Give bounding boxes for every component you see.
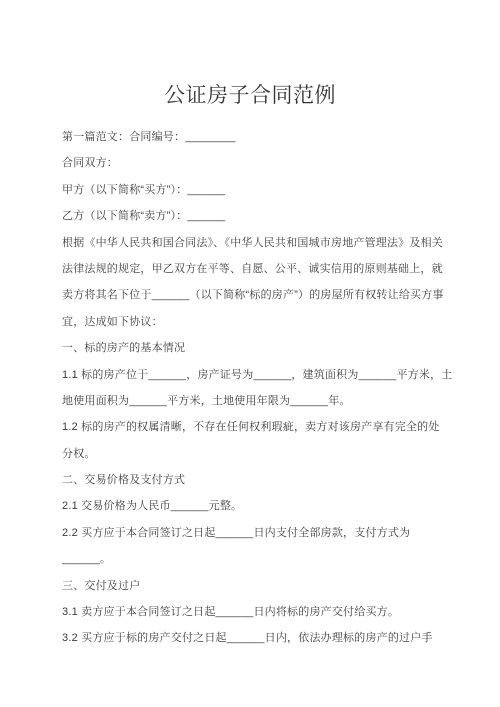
preamble-line-1: 根据《中华人民共和国合同法》、《中华人民共和国城市房地产管理法》及相关 (62, 230, 442, 256)
preamble-line-4: 宜，达成如下协议： (62, 309, 442, 335)
party-a-line: 甲方（以下简称“买方”）：______ (62, 177, 442, 203)
contract-document-page: 公证房子合同范例 第一篇范文：合同编号：________ 合同双方： 甲方（以下… (0, 0, 500, 707)
clause-3-2-line: 3.2 买方应于标的房产交付之日起______日内，依法办理标的房产的过户手 (62, 625, 442, 651)
preamble-line-2: 法律法规的规定，甲乙双方在平等、自愿、公平、诚实信用的原则基础上，就 (62, 256, 442, 282)
section-2-heading: 二、交易价格及支付方式 (62, 467, 442, 493)
clause-2-1-line: 2.1 交易价格为人民币______元整。 (62, 493, 442, 519)
clause-1-1-line-2: 地使用面积为______平方米，土地使用年限为______年。 (62, 388, 442, 414)
clause-2-2-line-1: 2.2 买方应于本合同签订之日起______日内支付全部房款，支付方式为 (62, 520, 442, 546)
clause-2-2-line-2: ______。 (62, 546, 442, 572)
clause-1-1-line-1: 1.1 标的房产位于______，房产证号为______，建筑面积为______… (62, 362, 442, 388)
section-1-heading: 一、标的房产的基本情况 (62, 335, 442, 361)
document-title: 公证房子合同范例 (0, 84, 500, 108)
party-b-line: 乙方（以下简称“卖方”）：______ (62, 203, 442, 229)
clause-1-2-line-1: 1.2 标的房产的权属清晰，不存在任何权利瑕疵，卖方对该房产享有完全的处 (62, 414, 442, 440)
contract-number-line: 第一篇范文：合同编号：________ (62, 124, 442, 150)
clause-1-2-line-2: 分权。 (62, 441, 442, 467)
document-body: 第一篇范文：合同编号：________ 合同双方： 甲方（以下简称“买方”）：_… (62, 124, 442, 652)
clause-3-1-line: 3.1 卖方应于本合同签订之日起______日内将标的房产交付给买方。 (62, 599, 442, 625)
section-3-heading: 三、交付及过户 (62, 573, 442, 599)
preamble-line-3: 卖方将其名下位于______（以下简称“标的房产”）的房屋所有权转让给买方事 (62, 282, 442, 308)
parties-label-line: 合同双方： (62, 150, 442, 176)
